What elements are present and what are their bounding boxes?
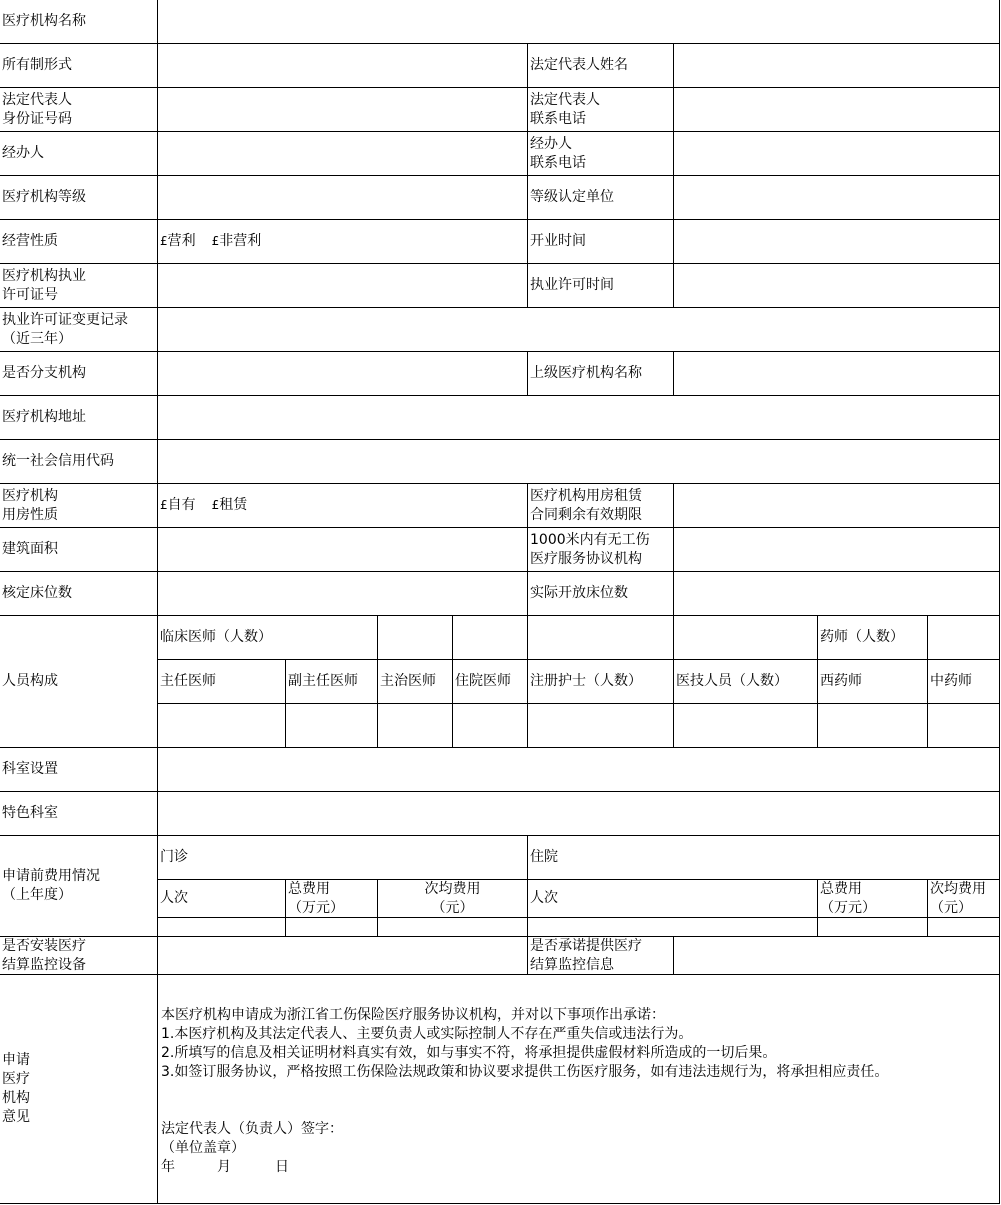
label-license-no: 医疗机构执业许可证号: [0, 263, 158, 308]
label-line: 是否安装医疗: [2, 937, 86, 956]
label-line: 医疗机构用房租赁: [530, 487, 642, 506]
date-day: 日: [275, 1158, 289, 1177]
label-line: 身份证号码: [2, 110, 72, 129]
label-opinion: 申请 医疗 机构 意见: [0, 974, 158, 1204]
field-departments[interactable]: [157, 747, 1000, 792]
label-license-changes: 执业许可证变更记录（近三年）: [0, 307, 158, 352]
header-blank: [452, 615, 528, 660]
col-text: 注册护士（人数）: [530, 672, 642, 691]
label-line: （近三年）: [2, 330, 128, 349]
label-text: 医疗机构等级: [2, 188, 86, 207]
col-text: 人次: [160, 889, 188, 908]
field-outpatient-average[interactable]: [377, 917, 528, 937]
col-chief-physician: 主任医师: [157, 659, 286, 704]
commitment-item: 3.如签订服务协议，严格按照工伤保险法规政策和协议要求提供工伤医疗服务，如有违法…: [161, 1063, 888, 1082]
field-open-beds[interactable]: [673, 571, 1000, 616]
checkbox-leased[interactable]: £租赁: [212, 496, 248, 515]
col-inpatient-average: 次均费用（元）: [927, 879, 1000, 918]
label-approved-beds: 核定床位数: [0, 571, 158, 616]
field-handler[interactable]: [157, 131, 528, 176]
field-parent-institution[interactable]: [673, 351, 1000, 396]
label-line: 医疗机构执业: [2, 267, 86, 286]
col-text: 住院医师: [455, 672, 511, 691]
col-outpatient-total: 总费用（万元）: [285, 879, 378, 918]
field-address[interactable]: [157, 395, 1000, 440]
field-handler-phone[interactable]: [673, 131, 1000, 176]
field-inpatient-visits[interactable]: [527, 917, 818, 937]
label-text: 执业许可时间: [530, 276, 614, 295]
option-label: 租赁: [219, 497, 247, 513]
commitment-item: 1.本医疗机构及其法定代表人、主要负责人或实际控制人不存在严重失信或违法行为。: [161, 1025, 692, 1044]
field-license-date[interactable]: [673, 263, 1000, 308]
label-text: 经营性质: [2, 232, 58, 251]
col-line: （元）: [930, 899, 986, 918]
col-associate-chief-physician: 副主任医师: [285, 659, 378, 704]
label-line: 执业许可证变更记录: [2, 311, 128, 330]
label-monitoring-device: 是否安装医疗结算监控设备: [0, 936, 158, 975]
label-text: 等级认定单位: [530, 188, 614, 207]
field-license-no[interactable]: [157, 263, 528, 308]
commitment-intro: 本医疗机构申请成为浙江省工伤保险医疗服务协议机构，并对以下事项作出承诺：: [161, 1006, 665, 1025]
col-inpatient-total: 总费用（万元）: [817, 879, 928, 918]
label-opening-date: 开业时间: [527, 219, 674, 264]
field-approved-beds[interactable]: [157, 571, 528, 616]
col-resident-physician: 住院医师: [452, 659, 528, 704]
field-nearby-institution[interactable]: [673, 527, 1000, 572]
checkbox-icon: £: [160, 234, 168, 248]
label-line: 用房性质: [2, 506, 58, 525]
field-grade[interactable]: [157, 175, 528, 220]
col-text: 西药师: [820, 672, 862, 691]
field-institution-name[interactable]: [157, 0, 1000, 44]
header-blank: [673, 615, 818, 660]
label-line: 法定代表人: [2, 91, 72, 110]
col-line: 总费用: [820, 880, 876, 899]
col-line: 次均费用: [930, 880, 986, 899]
col-line: （万元）: [820, 899, 876, 918]
label-text: 开业时间: [530, 232, 586, 251]
field-opening-date[interactable]: [673, 219, 1000, 264]
field-monitoring-info[interactable]: [673, 936, 1000, 975]
field-chief-physician[interactable]: [157, 703, 286, 748]
col-text: 中药师: [930, 672, 972, 691]
checkbox-non-profit[interactable]: £非营利: [212, 232, 262, 251]
label-institution-name: 医疗机构名称: [0, 0, 158, 44]
label-nearby-institution: 1000米内有无工伤医疗服务协议机构: [527, 527, 674, 572]
label-text: 科室设置: [2, 760, 58, 779]
label-line: 联系电话: [530, 110, 600, 129]
label-text: 实际开放床位数: [530, 584, 628, 603]
label-departments: 科室设置: [0, 747, 158, 792]
label-text: 经办人: [2, 144, 44, 163]
col-text: 人次: [530, 889, 558, 908]
label-line: 1000米内有无工伤: [530, 531, 650, 550]
field-medical-technicians[interactable]: [673, 703, 818, 748]
header-inpatient: 住院: [527, 835, 1000, 880]
opinion-content: 本医疗机构申请成为浙江省工伤保险医疗服务协议机构，并对以下事项作出承诺： 1.本…: [157, 974, 1000, 1204]
label-legal-rep-phone: 法定代表人联系电话: [527, 87, 674, 132]
field-legal-rep-phone[interactable]: [673, 87, 1000, 132]
col-registered-nurses: 注册护士（人数）: [527, 659, 674, 704]
label-handler-phone: 经办人联系电话: [527, 131, 674, 176]
label-line: 意见: [2, 1108, 30, 1127]
field-resident-physician[interactable]: [452, 703, 528, 748]
label-line: 医疗服务协议机构: [530, 550, 650, 569]
col-text: 医技人员（人数）: [676, 672, 788, 691]
label-handler: 经办人: [0, 131, 158, 176]
label-text: 医疗机构名称: [2, 12, 86, 31]
col-attending-physician: 主治医师: [377, 659, 453, 704]
field-legal-rep-name[interactable]: [673, 43, 1000, 88]
header-blank: [527, 615, 674, 660]
field-grade-authority[interactable]: [673, 175, 1000, 220]
label-text: 法定代表人姓名: [530, 56, 628, 75]
field-inpatient-average[interactable]: [927, 917, 1000, 937]
label-line: 是否承诺提供医疗: [530, 937, 642, 956]
field-tcm-pharmacist[interactable]: [927, 703, 1000, 748]
field-license-changes[interactable]: [157, 307, 1000, 352]
field-premises: £自有 £租赁: [157, 483, 528, 528]
header-text: 药师（人数）: [820, 628, 904, 647]
label-featured-departments: 特色科室: [0, 791, 158, 836]
checkbox-icon: £: [160, 498, 168, 512]
label-parent-institution: 上级医疗机构名称: [527, 351, 674, 396]
label-line: 医疗: [2, 1070, 30, 1089]
label-is-branch: 是否分支机构: [0, 351, 158, 396]
label-line: 许可证号: [2, 286, 86, 305]
label-line: 合同剩余有效期限: [530, 506, 642, 525]
label-text: 建筑面积: [2, 540, 58, 559]
option-label: 非营利: [219, 233, 261, 249]
label-line: 联系电话: [530, 154, 586, 173]
header-blank: [927, 615, 1000, 660]
label-address: 医疗机构地址: [0, 395, 158, 440]
label-expenses: 申请前费用情况（上年度）: [0, 835, 158, 937]
label-text: 特色科室: [2, 804, 58, 823]
signature-label: 法定代表人（负责人）签字：: [161, 1120, 343, 1139]
label-lease-remaining: 医疗机构用房租赁合同剩余有效期限: [527, 483, 674, 528]
label-text: 是否分支机构: [2, 364, 86, 383]
label-grade: 医疗机构等级: [0, 175, 158, 220]
label-text: 所有制形式: [2, 56, 72, 75]
label-legal-rep-name: 法定代表人姓名: [527, 43, 674, 88]
label-line: 结算监控设备: [2, 956, 86, 975]
label-text: 上级医疗机构名称: [530, 364, 642, 383]
field-registered-nurses[interactable]: [527, 703, 674, 748]
header-blank: [377, 615, 453, 660]
label-line: 机构: [2, 1089, 30, 1108]
col-inpatient-visits: 人次: [527, 879, 818, 918]
checkbox-owned[interactable]: £自有: [160, 496, 196, 515]
field-is-branch[interactable]: [157, 351, 528, 396]
col-text: 主任医师: [160, 672, 216, 691]
label-line: 申请前费用情况: [2, 867, 100, 886]
label-business-nature: 经营性质: [0, 219, 158, 264]
option-label: 自有: [168, 497, 196, 513]
label-text: 统一社会信用代码: [2, 452, 114, 471]
label-line: 医疗机构: [2, 487, 58, 506]
field-associate-chief-physician[interactable]: [285, 703, 378, 748]
label-credit-code: 统一社会信用代码: [0, 439, 158, 484]
field-ownership[interactable]: [157, 43, 528, 88]
col-outpatient-visits: 人次: [157, 879, 286, 918]
col-text: 主治医师: [380, 672, 436, 691]
header-pharmacists: 药师（人数）: [817, 615, 928, 660]
checkbox-for-profit[interactable]: £营利: [160, 232, 196, 251]
date-line: 年月日: [161, 1158, 289, 1177]
date-month: 月: [217, 1158, 275, 1177]
label-floor-area: 建筑面积: [0, 527, 158, 572]
col-western-pharmacist: 西药师: [817, 659, 928, 704]
label-premises: 医疗机构用房性质: [0, 483, 158, 528]
field-inpatient-total[interactable]: [817, 917, 928, 937]
field-floor-area[interactable]: [157, 527, 528, 572]
label-text: 人员构成: [2, 672, 58, 691]
field-legal-rep-id[interactable]: [157, 87, 528, 132]
date-year: 年: [161, 1158, 217, 1177]
label-legal-rep-id: 法定代表人身份证号码: [0, 87, 158, 132]
label-line: 法定代表人: [530, 91, 600, 110]
field-outpatient-total[interactable]: [285, 917, 378, 937]
label-text: 医疗机构地址: [2, 408, 86, 427]
header-clinical-doctors: 临床医师（人数）: [157, 615, 378, 660]
col-line: 次均费用: [425, 880, 481, 899]
label-line: （上年度）: [2, 886, 100, 905]
col-line: （元）: [432, 899, 474, 918]
label-text: 核定床位数: [2, 584, 72, 603]
col-line: 总费用: [288, 880, 344, 899]
field-outpatient-visits[interactable]: [157, 917, 286, 937]
field-lease-remaining[interactable]: [673, 483, 1000, 528]
label-grade-authority: 等级认定单位: [527, 175, 674, 220]
field-attending-physician[interactable]: [377, 703, 453, 748]
col-outpatient-average: 次均费用（元）: [377, 879, 528, 918]
field-western-pharmacist[interactable]: [817, 703, 928, 748]
field-business-nature: £营利 £非营利: [157, 219, 528, 264]
col-text: 副主任医师: [288, 672, 358, 691]
col-tcm-pharmacist: 中药师: [927, 659, 1000, 704]
header-outpatient: 门诊: [157, 835, 528, 880]
col-line: （万元）: [288, 899, 344, 918]
field-monitoring-device[interactable]: [157, 936, 528, 975]
field-featured-departments[interactable]: [157, 791, 1000, 836]
seal-label: （单位盖章）: [161, 1139, 245, 1158]
commitment-item: 2.所填写的信息及相关证明材料真实有效，如与事实不符，将承担提供虚假材料所造成的…: [161, 1044, 776, 1063]
label-line: 申请: [2, 1051, 30, 1070]
label-license-date: 执业许可时间: [527, 263, 674, 308]
header-text: 临床医师（人数）: [160, 628, 272, 647]
label-open-beds: 实际开放床位数: [527, 571, 674, 616]
field-credit-code[interactable]: [157, 439, 1000, 484]
label-monitoring-info: 是否承诺提供医疗结算监控信息: [527, 936, 674, 975]
label-staff: 人员构成: [0, 615, 158, 748]
col-medical-technicians: 医技人员（人数）: [673, 659, 818, 704]
label-line: 结算监控信息: [530, 956, 642, 975]
label-line: 经办人: [530, 135, 586, 154]
header-text: 门诊: [160, 848, 188, 867]
header-text: 住院: [530, 848, 558, 867]
label-ownership: 所有制形式: [0, 43, 158, 88]
option-label: 营利: [168, 233, 196, 249]
